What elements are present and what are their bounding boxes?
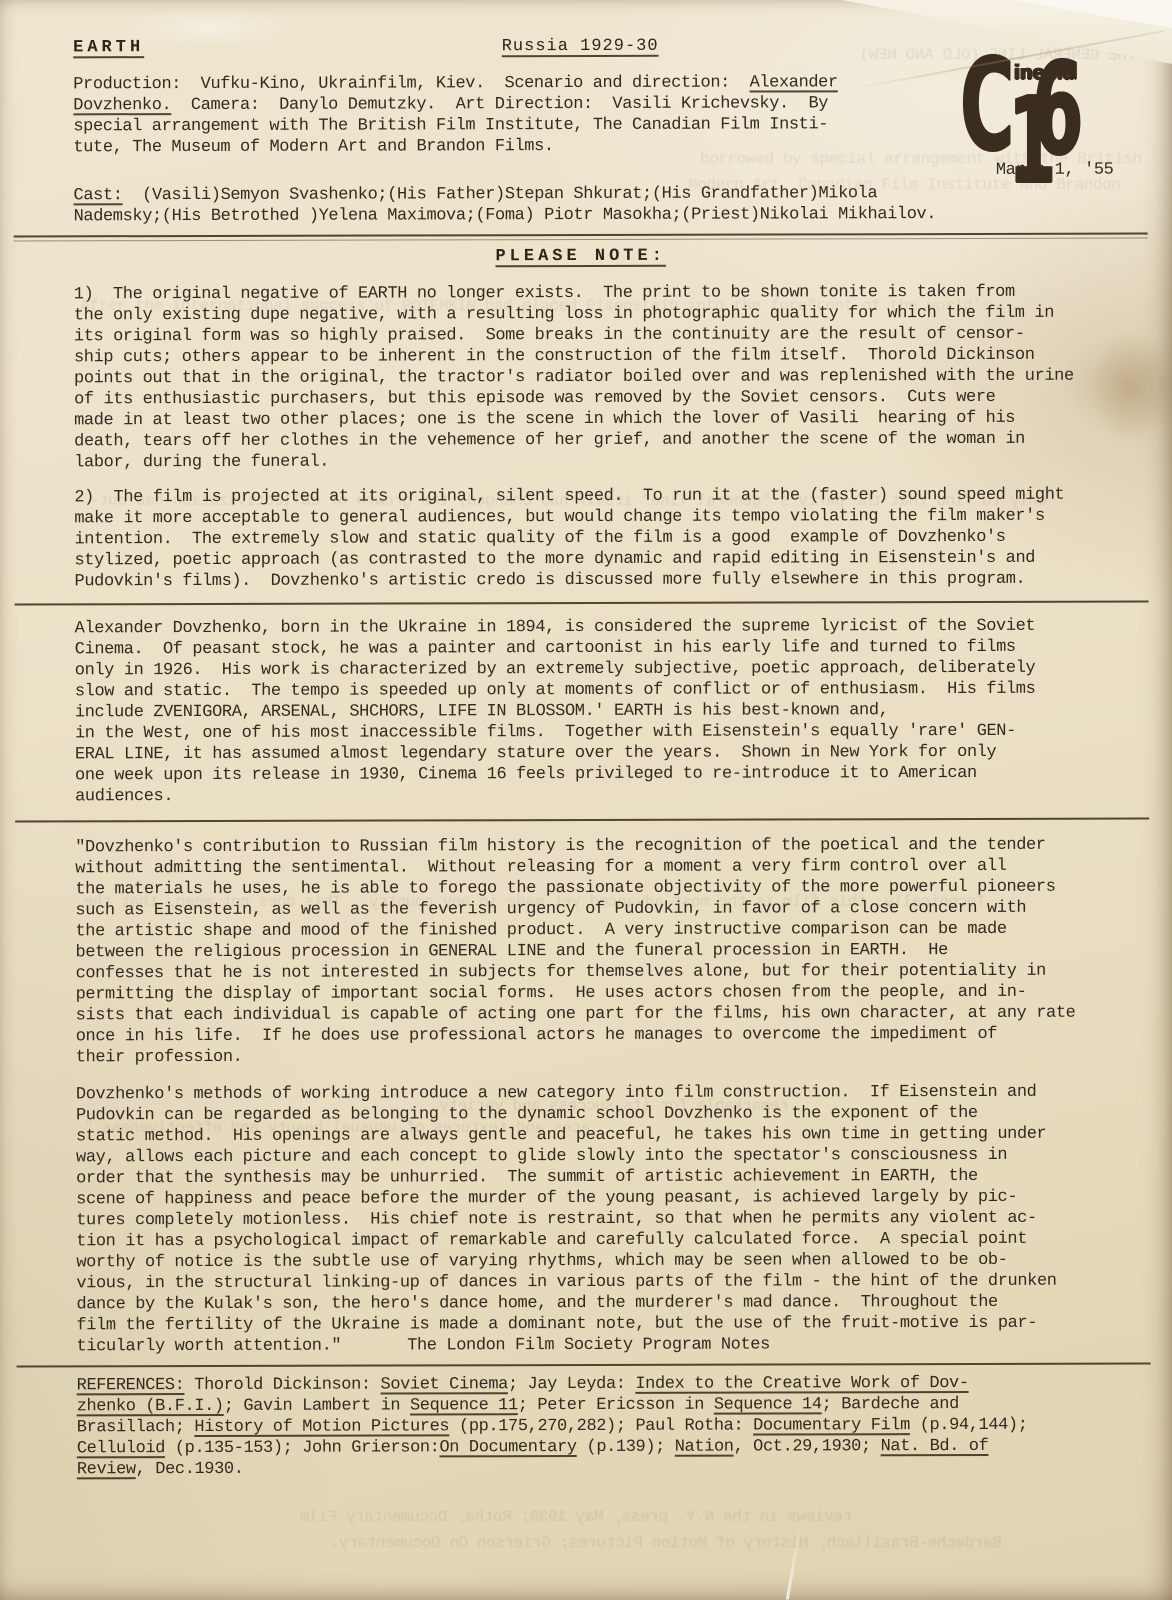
country-year: Russia 1929-30	[502, 36, 659, 57]
divider-rule	[14, 233, 1148, 242]
film-title: EARTH	[73, 37, 144, 58]
paper-stain	[1092, 330, 1172, 450]
divider-rule	[17, 1363, 1151, 1368]
note-paragraph-1: 1) The original negative of EARTH no lon…	[74, 282, 1088, 474]
production-credits: Production: Vufku-Kino, Ukrainfilm, Kiev…	[73, 72, 1087, 159]
bleedthrough-text: reviews in the N.Y. press, May 1930; Rot…	[300, 1508, 852, 1526]
divider-rule	[15, 601, 1149, 606]
paper-sheet: THE GENERAL LINE (OLD AND NEW) borrowed …	[0, 0, 1172, 1600]
divider-rule	[15, 818, 1149, 823]
note-paragraph-2: 2) The film is projected at its original…	[74, 485, 1088, 593]
cast-list: Cast: (Vasili)Semyon Svashenko;(His Fath…	[74, 183, 1088, 228]
screening-date: March 1, '55	[73, 160, 1113, 184]
references: REFERENCES: Thorold Dickinson: Soviet Ci…	[77, 1373, 1091, 1481]
bleedthrough-text: Bardeche-Brasillach, History of Motion P…	[330, 1534, 1002, 1552]
attribution-london-film-society: The London Film Society Program Notes	[341, 1336, 770, 1356]
please-note-heading: PLEASE NOTE:	[74, 245, 1088, 269]
methods-paragraph: Dovzhenko's methods of working introduce…	[76, 1082, 1091, 1358]
typed-content: EARTH Russia 1929-30 Production: Vufku-K…	[73, 35, 1091, 1481]
biography-paragraph: Alexander Dovzhenko, born in the Ukraine…	[75, 616, 1089, 808]
cinema16-logo: C inema 1 6	[962, 56, 1112, 196]
logo-six-digit: 6	[1032, 46, 1084, 174]
methods-body: Dovzhenko's methods of working introduce…	[76, 1083, 1057, 1357]
quote-paragraph: "Dovzhenko's contribution to Russian fil…	[75, 835, 1090, 1069]
title-row: EARTH Russia 1929-30	[73, 35, 1087, 59]
page-root: THE GENERAL LINE (OLD AND NEW) borrowed …	[0, 0, 1172, 1600]
